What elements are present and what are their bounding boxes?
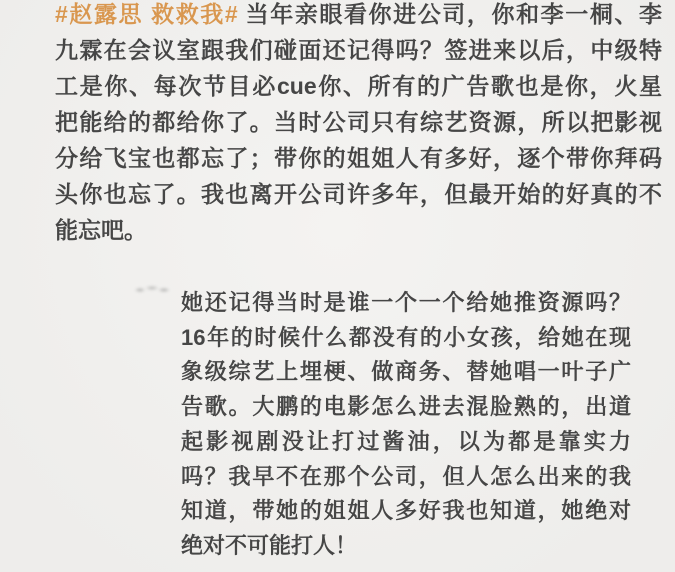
- post-line: #赵露思 救救我# 当年亲眼看你进公司，你和李一桐、李: [55, 0, 662, 32]
- post-line: 分给飞宝也都忘了；带你的姐姐人有多好，逐个带你拜码: [55, 140, 662, 176]
- post-screenshot-root: #赵露思 救救我# 当年亲眼看你进公司，你和李一桐、李 九霖在会议室跟我们碰面还…: [0, 0, 675, 572]
- blurred-watermark: [134, 283, 171, 295]
- quote-line: 起影视剧没让打过酱油，以为都是靠实力: [181, 425, 631, 460]
- post-body: #赵露思 救救我# 当年亲眼看你进公司，你和李一桐、李 九霖在会议室跟我们碰面还…: [55, 0, 662, 248]
- quote-line: 16年的时候什么都没有的小女孩，给她在现: [181, 321, 631, 356]
- topic-hashtag-link[interactable]: #赵露思 救救我#: [55, 1, 238, 27]
- post-line-text: 当年亲眼看你进公司，你和李一桐、李: [238, 1, 662, 27]
- quote-line: 她还记得当时是谁一个一个给她推资源吗？: [181, 286, 631, 321]
- quote-line: 象级综艺上埋梗、做商务、替她唱一叶子广: [181, 355, 631, 390]
- quote-line: 知道，带她的姐姐人多好我也知道，她绝对: [181, 494, 631, 529]
- quote-line: 告歌。大鹏的电影怎么进去混脸熟的，出道: [181, 390, 631, 425]
- post-line: 头你也忘了。我也离开公司许多年，但最开始的好真的不: [55, 176, 662, 212]
- quote-line: 绝对不可能打人！: [181, 529, 631, 564]
- post-line: 工是你、每次节目必cue你、所有的广告歌也是你，火星: [55, 68, 662, 104]
- post-line: 把能给的都给你了。当时公司只有综艺资源，所以把影视: [55, 104, 662, 140]
- post-line: 九霖在会议室跟我们碰面还记得吗？签进来以后，中级特: [55, 32, 662, 68]
- post-line: 能忘吧。: [55, 212, 662, 248]
- quote-line: 吗？我早不在那个公司，但人怎么出来的我: [181, 460, 631, 495]
- quoted-reply-body: 她还记得当时是谁一个一个给她推资源吗？ 16年的时候什么都没有的小女孩，给她在现…: [181, 286, 631, 564]
